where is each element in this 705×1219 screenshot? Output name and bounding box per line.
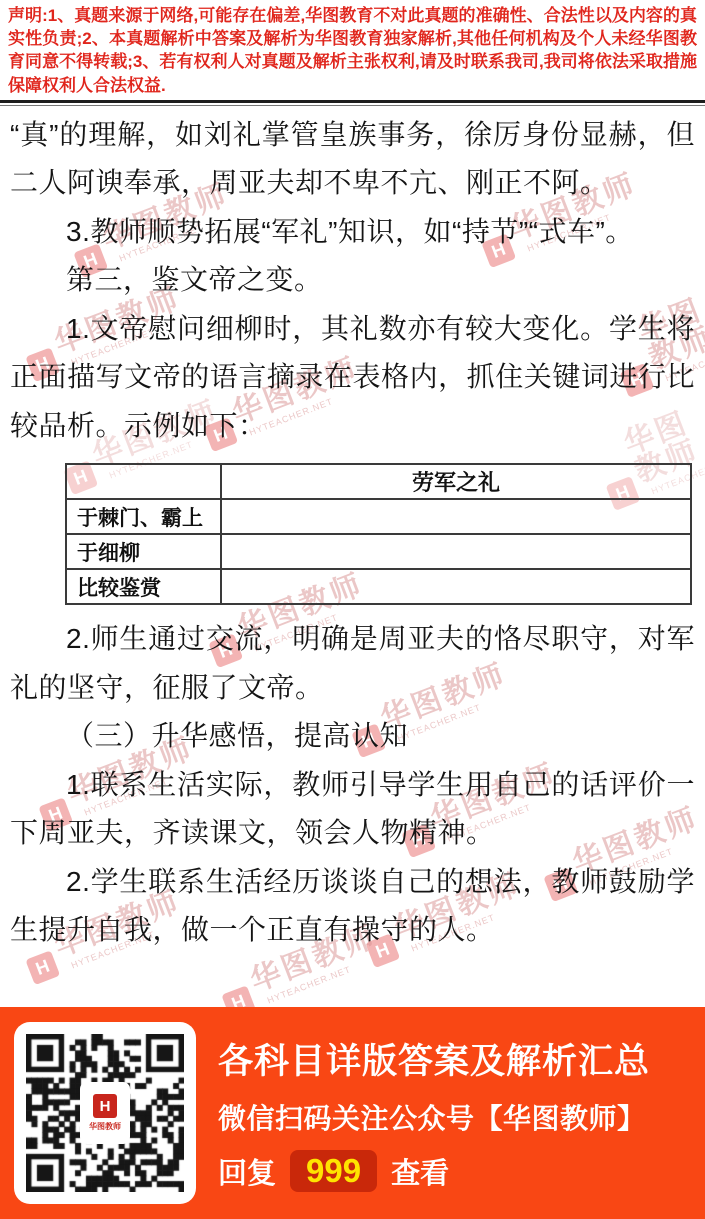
paragraph-4: 1.文帝慰问细柳时，其礼数亦有较大变化。学生将正面描写文帝的语言摘录在表格内，抓… — [10, 305, 695, 451]
banner-reply-line: 回复 999 查看 — [218, 1150, 650, 1192]
qr-center-label: H 华图教师 — [82, 1084, 128, 1142]
table-empty-cell — [221, 534, 691, 569]
table-empty-cell — [221, 569, 691, 604]
disclaimer-text: 1、真题来源于网络,可能存在偏差,华图教育不对此真题的准确性、合法性以及内容的真… — [8, 6, 697, 95]
reply-code-badge: 999 — [290, 1150, 377, 1192]
huatu-logo-icon: H — [25, 950, 60, 985]
table-row-label: 比较鉴赏 — [66, 569, 221, 604]
qr-code: H 华图教师 — [14, 1022, 196, 1204]
banner-text: 各科目详版答案及解析汇总 微信扫码关注公众号【华图教师】 回复 999 查看 — [218, 1034, 650, 1192]
huatu-logo-icon: H — [93, 1094, 117, 1118]
table-row-label: 于棘门、霸上 — [66, 499, 221, 534]
table-row: 劳军之礼 — [66, 464, 691, 499]
banner-subtitle: 微信扫码关注公众号【华图教师】 — [218, 1097, 650, 1137]
paragraph-2: 3.教师顺势拓展“军礼”知识，如“持节”“式车”。 — [10, 208, 695, 257]
document-body: “真”的理解，如刘礼掌管皇族事务，徐厉身份显赫，但二人阿谀奉承，周亚夫却不卑不亢… — [0, 106, 705, 955]
paragraph-6: （三）升华感悟，提高认知 — [10, 712, 695, 761]
banner-title: 各科目详版答案及解析汇总 — [218, 1034, 650, 1084]
paragraph-5: 2.师生通过交流，明确是周亚夫的恪尽职守，对军礼的坚守，征服了文帝。 — [10, 615, 695, 712]
footer-banner: H 华图教师 各科目详版答案及解析汇总 微信扫码关注公众号【华图教师】 回复 9… — [0, 1007, 705, 1219]
paragraph-8: 2.学生联系生活经历谈谈自己的想法，教师鼓励学生提升自我，做一个正直有操守的人。 — [10, 858, 695, 955]
table-header-cell: 劳军之礼 — [221, 464, 691, 499]
disclaimer: 声明:1、真题来源于网络,可能存在偏差,华图教育不对此真题的准确性、合法性以及内… — [0, 0, 705, 97]
qr-center-text: 华图教师 — [89, 1121, 121, 1132]
paragraph-1: “真”的理解，如刘礼掌管皇族事务，徐厉身份显赫，但二人阿谀奉承，周亚夫却不卑不亢… — [10, 111, 695, 208]
reply-label: 回复 — [218, 1151, 276, 1192]
disclaimer-label: 声明: — [8, 6, 48, 25]
paragraph-7: 1.联系生活实际，教师引导学生用自己的话评价一下周亚夫，齐读课文，领会人物精神。 — [10, 761, 695, 858]
table-row: 于细柳 — [66, 534, 691, 569]
action-label: 查看 — [391, 1151, 449, 1192]
comparison-table: 劳军之礼 于棘门、霸上 于细柳 比较鉴赏 — [65, 463, 692, 605]
document-page: H华图教师HYTEACHER.NET H华图教师HYTEACHER.NET H华… — [0, 0, 705, 1219]
table-row: 于棘门、霸上 — [66, 499, 691, 534]
table-empty-cell — [221, 499, 691, 534]
paragraph-3: 第三，鉴文帝之变。 — [10, 256, 695, 305]
table-corner-cell — [66, 464, 221, 499]
table-row: 比较鉴赏 — [66, 569, 691, 604]
table-row-label: 于细柳 — [66, 534, 221, 569]
